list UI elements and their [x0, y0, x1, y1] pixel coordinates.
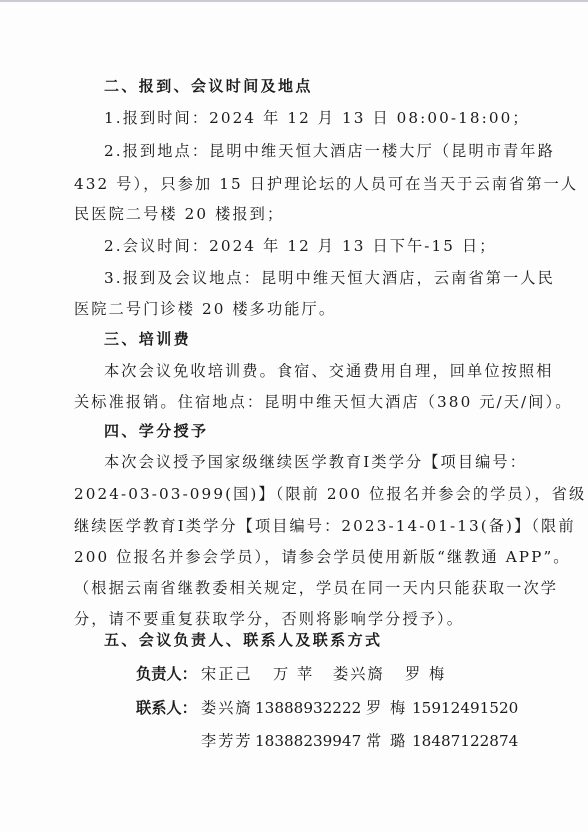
- contact-name: 李芳芳: [201, 731, 253, 751]
- paragraph-line: 本次会议免收培训费。食宿、交通费用自理，回单位按照相: [104, 361, 553, 381]
- responsible-person: 宋正己: [201, 664, 253, 684]
- paragraph-line: 民医院二号楼 20 楼报到；: [74, 204, 284, 224]
- responsible-row: 负责人： 宋正己 万 苹 娄兴旖 罗 梅: [0, 664, 588, 686]
- paragraph-line: 1.报到时间：2024 年 12 月 13 日 08:00-18:00；: [104, 108, 530, 128]
- paragraph-line: 432 号），只参加 15 日护理论坛的人员可在当天于云南省第一人: [74, 174, 578, 194]
- contact-label: 联系人：: [136, 698, 197, 718]
- contact-phone: 18388239947: [255, 731, 361, 751]
- paragraph-line: 分，请不要重复获取学分，否则将影响学分授予）。: [74, 609, 464, 629]
- paragraph-line: 3.报到及会议地点：昆明中维天恒大酒店，云南省第一人民: [104, 268, 555, 288]
- contact-phone: 18487122874: [412, 731, 518, 751]
- paragraph-line: 200 位报名并参会学员），请参会学员使用新版“继教通 APP”。: [74, 547, 571, 567]
- contact-name: 娄兴旖: [201, 698, 253, 718]
- contact-row: 联系人： 娄兴旖 13888932222 罗 梅 15912491520: [0, 698, 588, 720]
- paragraph-line: （根据云南省继教委相关规定，学员在同一天内只能获取一次学: [74, 578, 558, 598]
- section-heading-training-fee: 三、培训费: [104, 329, 191, 349]
- page-top-edge: [0, 0, 588, 2]
- paragraph-line: 2024-03-03-099(国)】（限前 200 位报名并参会的学员），省级: [74, 484, 586, 504]
- paragraph-line: 关标准报销。住宿地点：昆明中维天恒大酒店（380 元/天/间）。: [74, 392, 573, 412]
- responsible-person: 娄兴旖: [333, 664, 385, 684]
- section-heading-credits: 四、学分授予: [104, 421, 208, 441]
- paragraph-line: 2.报到地点：昆明中维天恒大酒店一楼大厅（昆明市青年路: [104, 141, 555, 161]
- responsible-label: 负责人：: [136, 664, 197, 684]
- paragraph-line: 继续医学教育Ⅰ类学分【项目编号：2023-14-01-13(备)】（限前: [74, 516, 576, 536]
- contact-name: 常 璐: [366, 731, 407, 751]
- section-heading-registration: 二、报到、会议时间及地点: [104, 76, 313, 96]
- responsible-person: 万 苹: [273, 664, 314, 684]
- contact-name: 罗 梅: [366, 698, 407, 718]
- contact-row: 李芳芳 18388239947 常 璐 18487122874: [0, 731, 588, 753]
- paragraph-line: 医院二号门诊楼 20 楼多功能厅。: [74, 299, 336, 319]
- section-heading-contacts: 五、会议负责人、联系人及联系方式: [104, 630, 382, 650]
- paragraph-line: 本次会议授予国家级继续医学教育Ⅰ类学分【项目编号：: [104, 452, 527, 472]
- contact-phone: 15912491520: [412, 698, 518, 718]
- paragraph-line: 2.会议时间：2024 年 12 月 13 日下午-15 日；: [104, 236, 497, 256]
- responsible-person: 罗 梅: [405, 664, 446, 684]
- contact-phone: 13888932222: [255, 698, 361, 718]
